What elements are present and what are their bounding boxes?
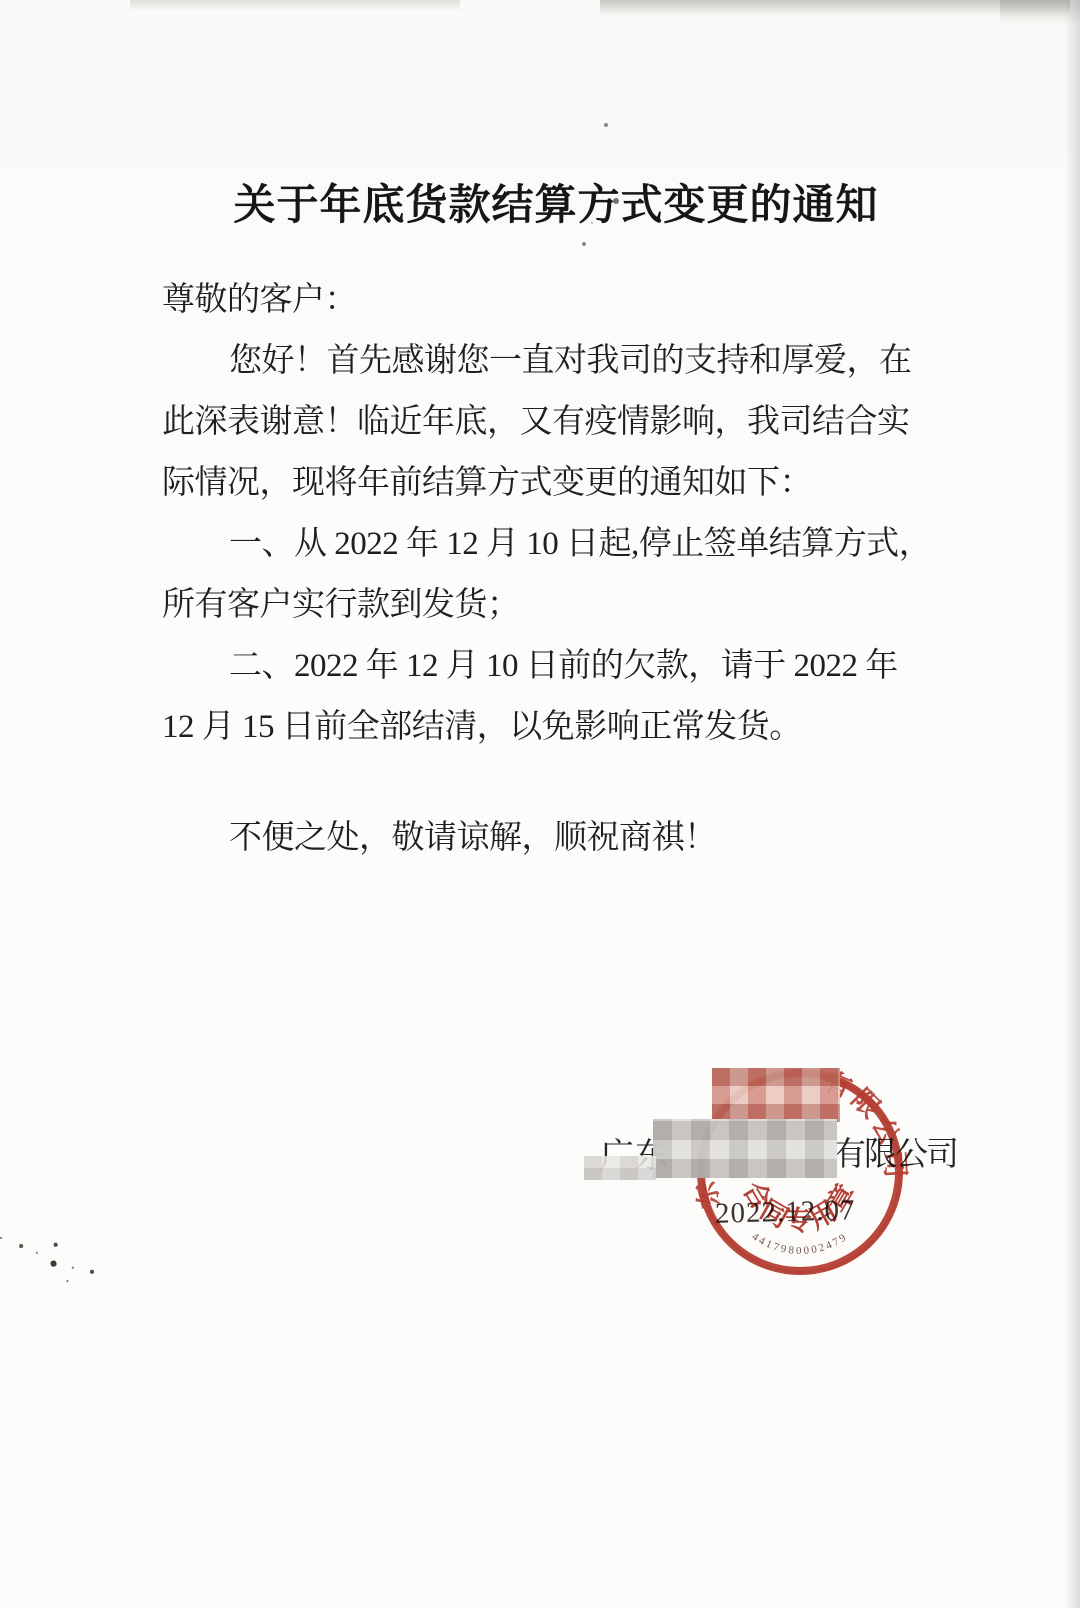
salutation: 尊敬的客户：: [162, 270, 922, 331]
body-line: 此深表谢意！临近年底，又有疫情影响，我司结合实: [162, 392, 922, 453]
scan-artifact-right-shadow: [1064, 0, 1080, 1608]
svg-text:合同专用章: 合同专用章: [737, 1176, 862, 1236]
svg-text:东: 东: [691, 1179, 725, 1211]
scanned-notice-page: 关于年底货款结算方式变更的通知 尊敬的客户： 您好！首先感谢您一直对我司的支持和…: [0, 0, 1080, 1608]
seal-left-char: 东: [691, 1179, 725, 1211]
scan-artifact-smudge: [0, 1176, 154, 1315]
body-line: 二、2022 年 12 月 10 日前的欠款，请于 2022 年: [162, 636, 922, 697]
body-line: 所有客户实行款到发货；: [162, 575, 922, 636]
closing-line: 不便之处，敬请谅解，顺祝商祺！: [162, 808, 922, 869]
censor-mosaic-stamp-text: [712, 1068, 840, 1122]
body-line: 际情况，现将年前结算方式变更的通知如下：: [162, 453, 922, 514]
body-line: 您好！首先感谢您一直对我司的支持和厚爱，在: [162, 331, 922, 392]
body-line: 一、从 2022 年 12 月 10 日起,停止签单结算方式，: [162, 514, 922, 575]
page-title: 关于年底货款结算方式变更的通知: [0, 172, 1080, 232]
censor-mosaic-company-name-tail: [584, 1156, 656, 1180]
seal-bottom-label: 合同专用章: [737, 1176, 862, 1236]
censor-mosaic-company-name: [653, 1119, 837, 1178]
notice-body: 尊敬的客户： 您好！首先感谢您一直对我司的支持和厚爱，在 此深表谢意！临近年底，…: [162, 270, 922, 869]
body-line: 12 月 15 日前全部结清，以免影响正常发货。: [162, 697, 922, 758]
scan-artifact-top-shadow: [0, 0, 1080, 30]
scan-artifact-dots: [604, 123, 608, 127]
